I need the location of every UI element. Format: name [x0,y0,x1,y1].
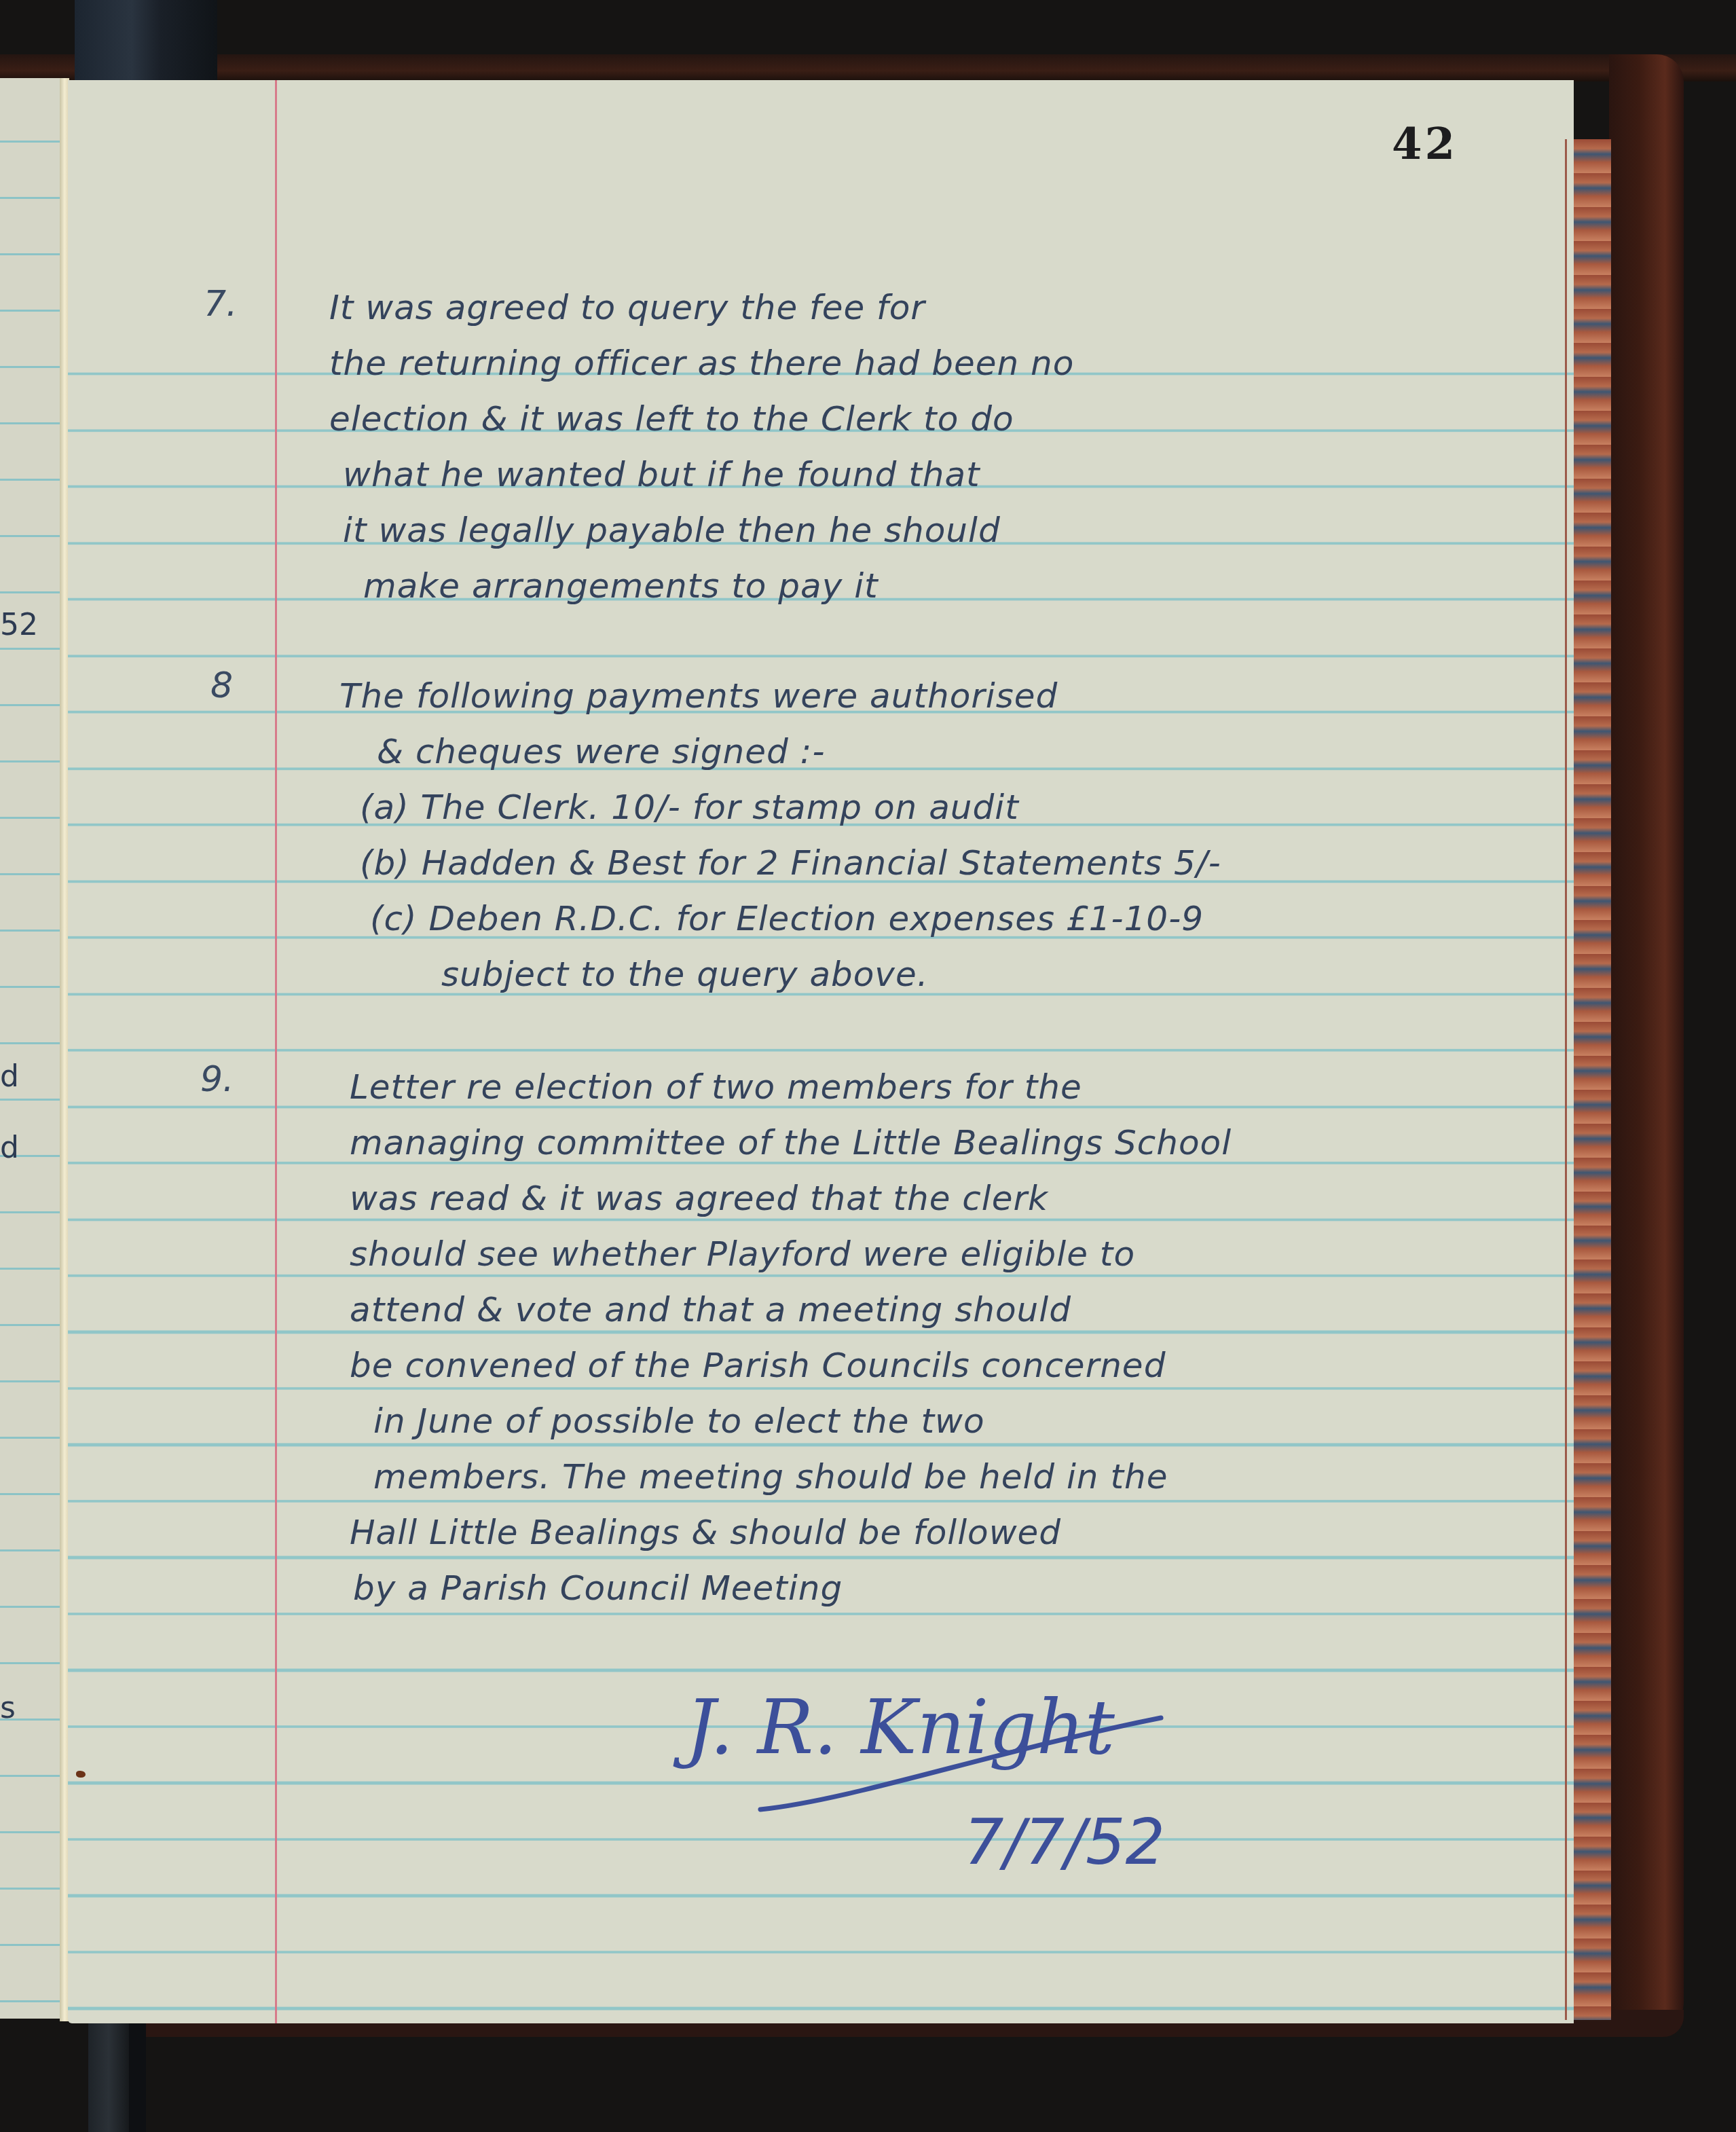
minute-line: Letter re election of two members for th… [350,1059,1082,1115]
payment-text: Deben R.D.C. for Election expenses £1-10… [428,899,1204,938]
minute-line: subject to the query above. [441,946,929,1002]
minute-line: attend & vote and that a meeting should [350,1282,1071,1338]
left-page-fragment: s [0,1691,16,1725]
book-cover-right-edge [1609,54,1684,2030]
payment-line: (c) Deben R.D.C. for Election expenses £… [370,891,1204,946]
spine-bottom-shadow [129,2020,146,2132]
payment-label: (c) [370,899,418,938]
minute-line: The following payments were authorised [339,668,1058,724]
left-page-fragment: 52 [0,608,38,642]
item-number-9: 9. [200,1059,234,1100]
minute-line: It was agreed to query the fee for [329,280,925,335]
minute-line: election & it was left to the Clerk to d… [329,391,1014,447]
minute-line: members. The meeting should be held in t… [373,1449,1168,1505]
payment-line: (b) Hadden & Best for 2 Financial Statem… [360,835,1221,891]
page-number: 42 [1392,119,1458,170]
minute-line: be convened of the Parish Councils conce… [350,1338,1166,1393]
payment-label: (a) [360,788,409,827]
paper-stain [76,1771,86,1778]
item-number-7: 7. [204,284,238,325]
minute-line: & cheques were signed :- [377,724,825,779]
minute-line: was read & it was agreed that the clerk [350,1171,1048,1226]
payment-text: Hadden & Best for 2 Financial Statements… [422,843,1221,883]
minute-line: the returning officer as there had been … [329,335,1074,391]
minute-line: Hall Little Bealings & should be followe… [350,1505,1061,1560]
book-cover-top-edge [0,54,1736,81]
minute-line: by a Parish Council Meeting [353,1560,843,1616]
minute-line: in June of possible to elect the two [373,1393,984,1449]
left-page-fragment: d [0,1059,19,1094]
payment-label: (b) [360,843,410,883]
spine-bottom [88,2020,129,2132]
payment-line: (a) The Clerk. 10/- for stamp on audit [360,779,1019,835]
minute-line: make arrangements to pay it [363,558,879,614]
page-edge-rule [1565,139,1567,2020]
margin-line [275,80,277,2023]
left-page-fragment: d [0,1131,19,1165]
left-facing-page [0,78,62,2019]
minute-line: should see whether Playford were eligibl… [350,1226,1135,1282]
payment-text: The Clerk. 10/- for stamp on audit [421,788,1019,827]
minute-line: it was legally payable then he should [343,502,1001,558]
marbled-page-edges [1574,139,1611,2020]
item-number-8: 8 [210,665,233,706]
minute-line: managing committee of the Little Bealing… [350,1115,1232,1171]
signature-underline-flourish [754,1677,1175,1826]
minute-line: what he wanted but if he found that [343,447,980,502]
signature-date: 7/7/52 [964,1806,1165,1879]
